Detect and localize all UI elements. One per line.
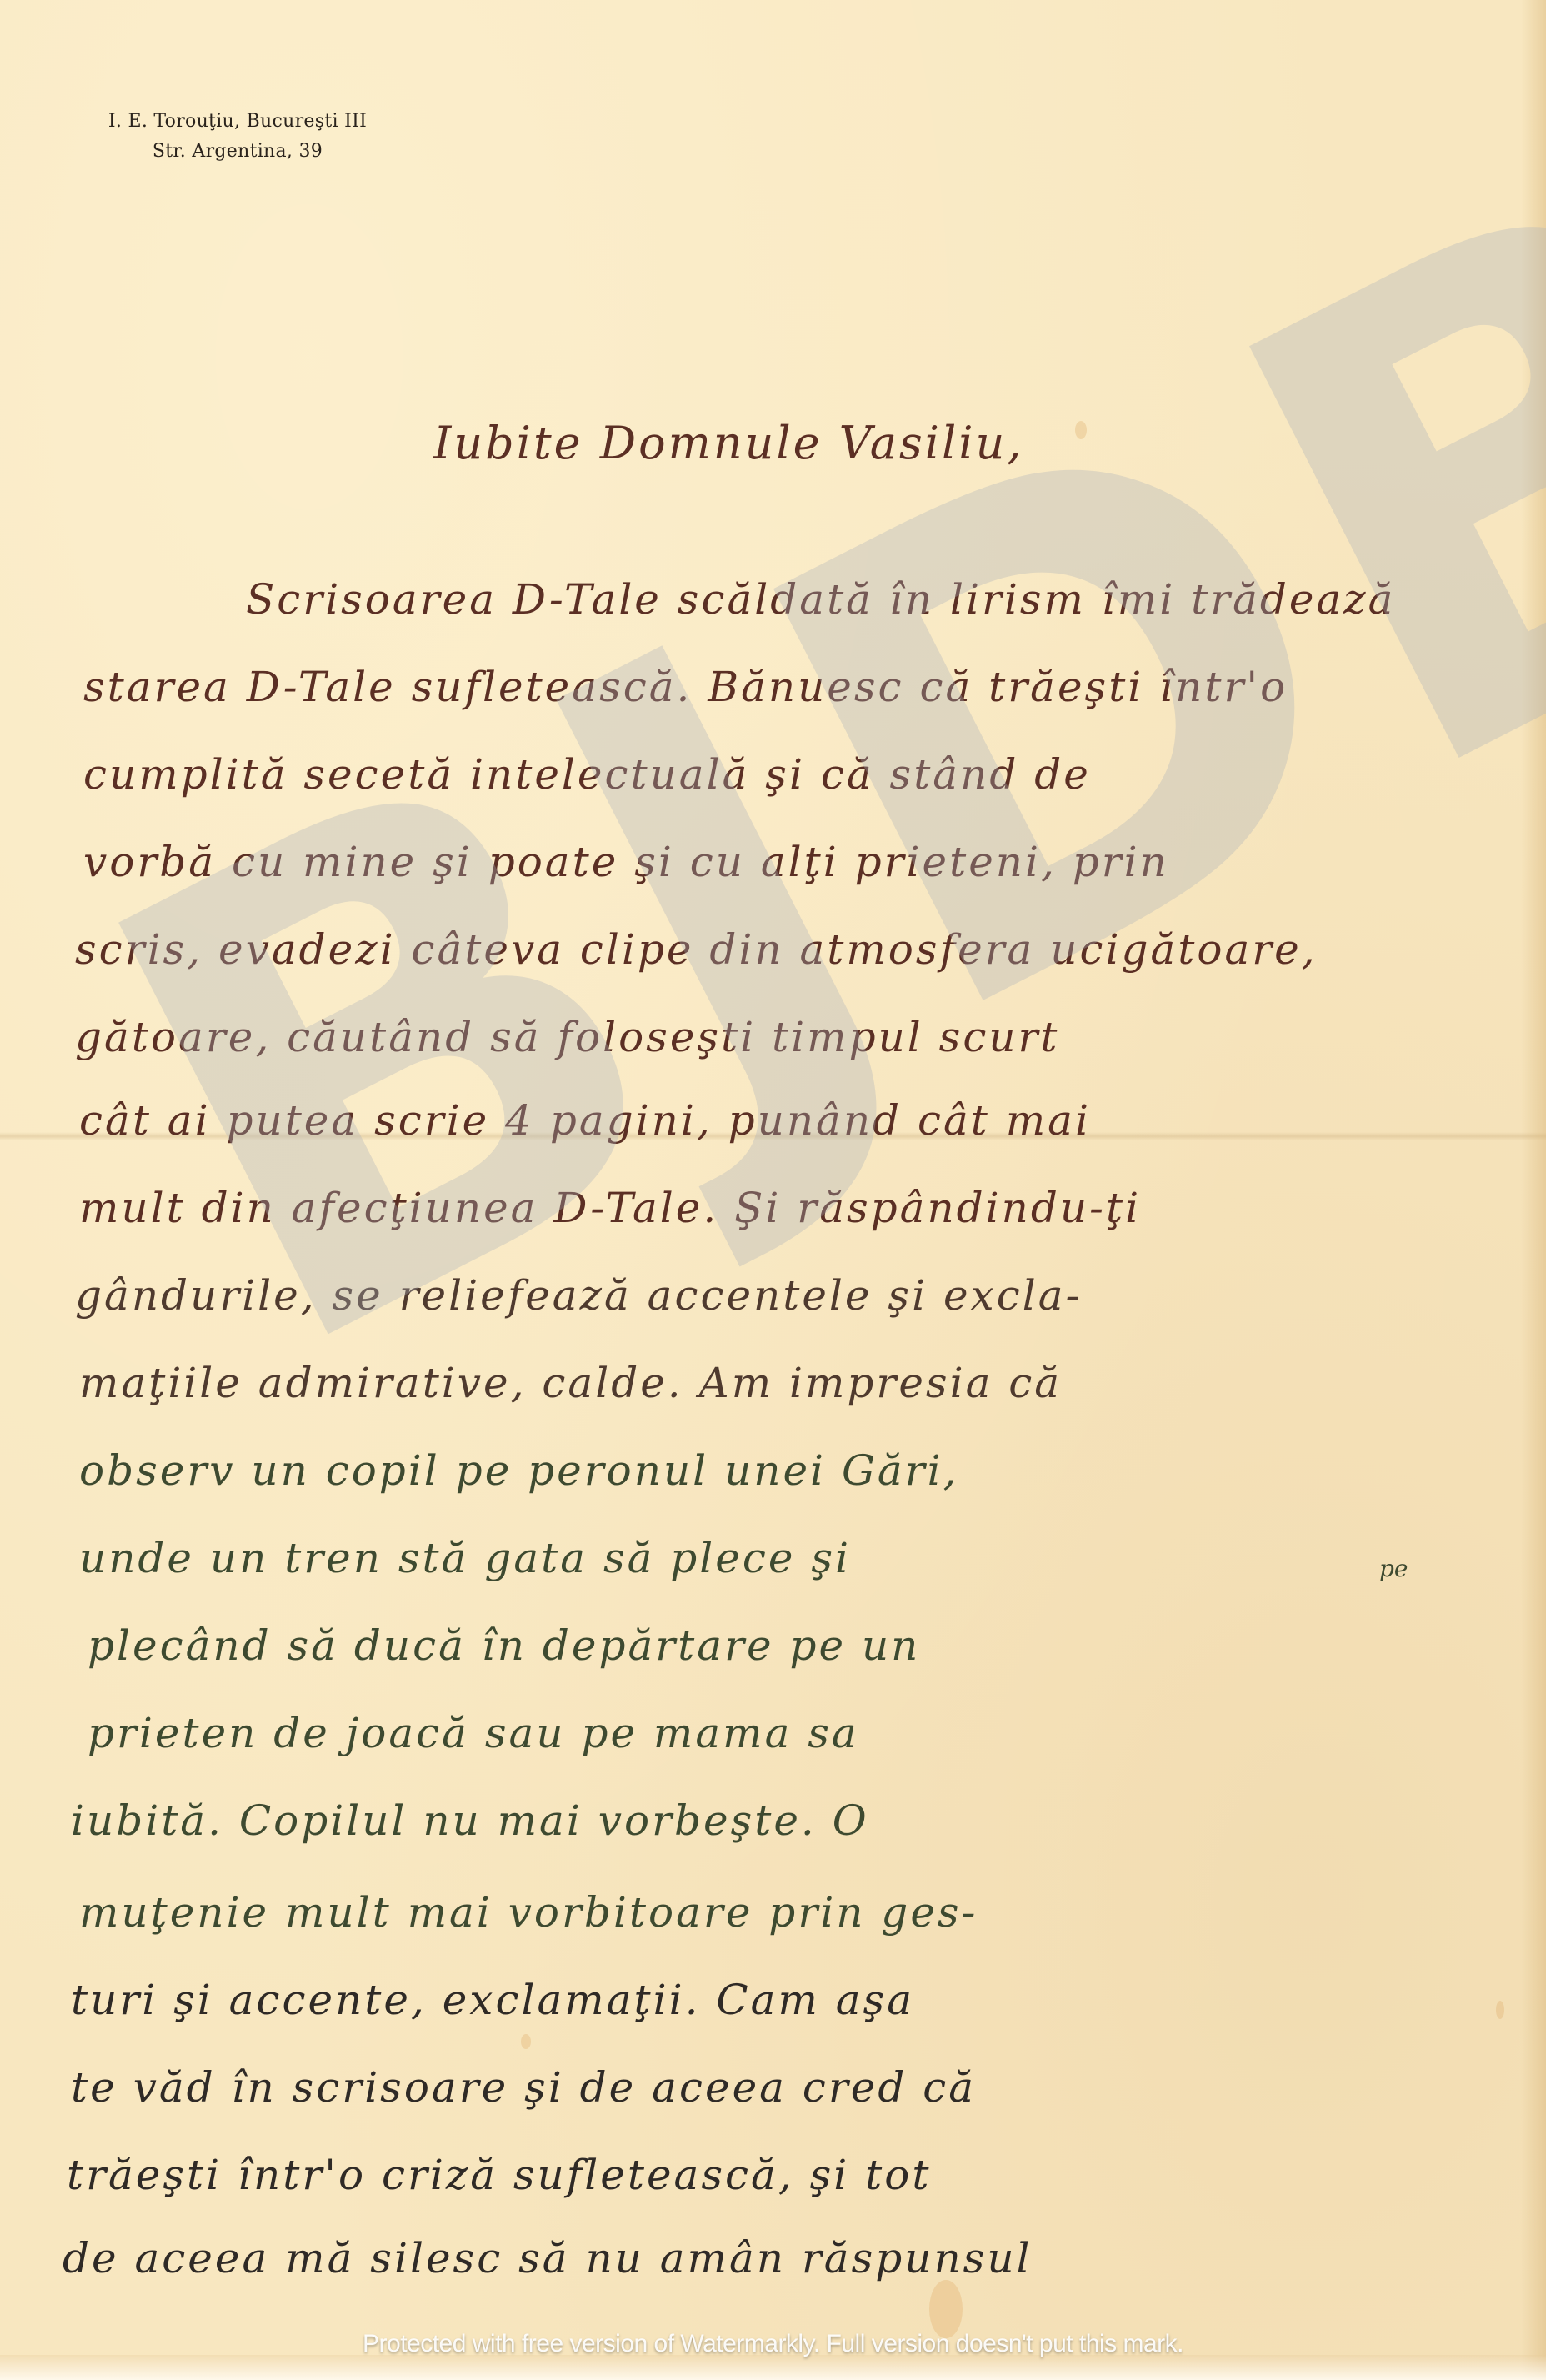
watermarkly-notice: Protected with free version of Watermark… [0,2330,1546,2358]
letter-line: gândurile, se reliefează accentele şi ex… [75,1271,1082,1320]
letter-greeting: Iubite Domnule Vasiliu, [433,417,1023,469]
paper-stain [521,2034,531,2049]
letter-line: cumplită secetă intelectuală şi că stând… [83,750,1091,799]
letterhead-name: I. E. Torouţiu, Bucureşti III [92,107,383,137]
letter-line: te văd în scrisoare şi de aceea cred că [71,2063,976,2112]
paper-edge-bottom [0,2355,1546,2380]
paper-edge-right [1521,0,1546,2380]
letter-line: vorbă cu mine şi poate şi cu alţi priete… [83,838,1169,886]
letter-line: prieten de joacă sau pe mama sa [88,1709,859,1757]
letter-insertion: pe [1379,1555,1408,1582]
letter-line: turi şi accente, exclamaţii. Cam aşa [71,1976,914,2024]
letter-line: unde un tren stă gata să plece şi [79,1534,851,1582]
letter-line: plecând să ducă în depărtare pe un [88,1621,920,1670]
letter-line: gătoare, căutând să foloseşti timpul scu… [75,1013,1060,1061]
letter-line: mult din afecţiunea D-Tale. Şi răspândin… [79,1184,1141,1232]
letter-line: muţenie mult mai vorbitoare prin ges- [79,1888,978,1937]
paper-stain [1496,2001,1504,2019]
letter-line: de aceea mă silesc să nu amân răspunsul [63,2234,1033,2282]
paper-stain [1075,421,1087,439]
letter-line: iubită. Copilul nu mai vorbeşte. O [71,1796,869,1845]
letter-line: maţiile admirative, calde. Am impresia c… [79,1359,1062,1407]
letterhead: I. E. Torouţiu, Bucureşti III Str. Argen… [92,107,383,167]
letterhead-address: Str. Argentina, 39 [92,137,383,167]
letter-line: observ un copil pe peronul unei Gări, [79,1446,958,1495]
letter-line: trăeşti într'o criză sufletească, şi tot [67,2151,931,2199]
letter-line: cât ai putea scrie 4 pagini, punând cât … [79,1096,1091,1145]
letter-line: scris, evadezi câteva clipe din atmosfer… [75,925,1318,974]
letter-line: Scrisoarea D-Tale scăldată în lirism îmi… [246,575,1395,624]
letter-line: starea D-Tale sufletească. Bănuesc că tr… [83,663,1288,711]
